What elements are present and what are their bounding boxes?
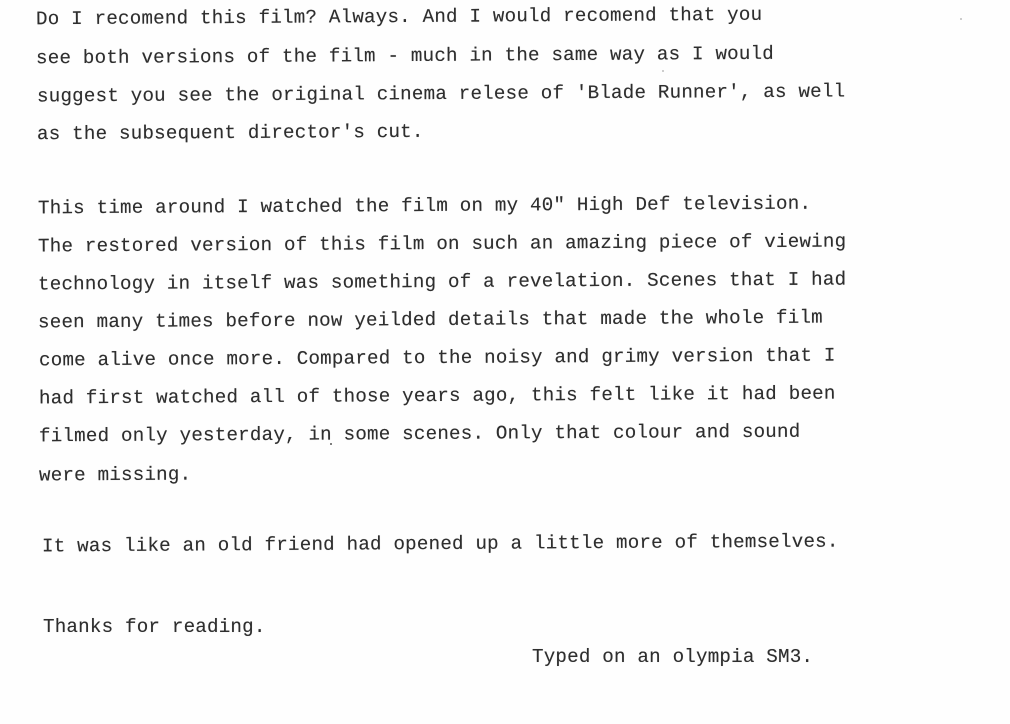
text-line: were missing.	[39, 466, 191, 486]
text-line: see both versions of the film - much in …	[36, 45, 774, 69]
text-line: suggest you see the original cinema rele…	[37, 83, 845, 107]
text-line: It was like an old friend had opened up …	[42, 533, 839, 557]
text-line: as the subsequent director's cut.	[37, 123, 424, 145]
text-line: seen many times before now yeilded detai…	[38, 309, 823, 333]
paper-speck	[960, 18, 962, 20]
typewritten-page: Do I recomend this film? Always. And I w…	[0, 0, 1010, 724]
paper-speck	[662, 70, 664, 72]
text-line: The restored version of this film on suc…	[38, 233, 846, 257]
signature-line: Typed on an olympia SM3.	[532, 648, 813, 667]
text-line: had first watched all of those years ago…	[39, 385, 836, 409]
paper-speck	[330, 443, 332, 445]
text-line: This time around I watched the film on m…	[38, 195, 811, 219]
text-line: come alive once more. Compared to the no…	[39, 347, 836, 371]
text-line: technology in itself was something of a …	[38, 271, 846, 295]
text-line: filmed only yesterday, in some scenes. O…	[39, 423, 801, 447]
text-line: Do I recomend this film? Always. And I w…	[36, 6, 762, 30]
closing-line: Thanks for reading.	[43, 618, 266, 637]
